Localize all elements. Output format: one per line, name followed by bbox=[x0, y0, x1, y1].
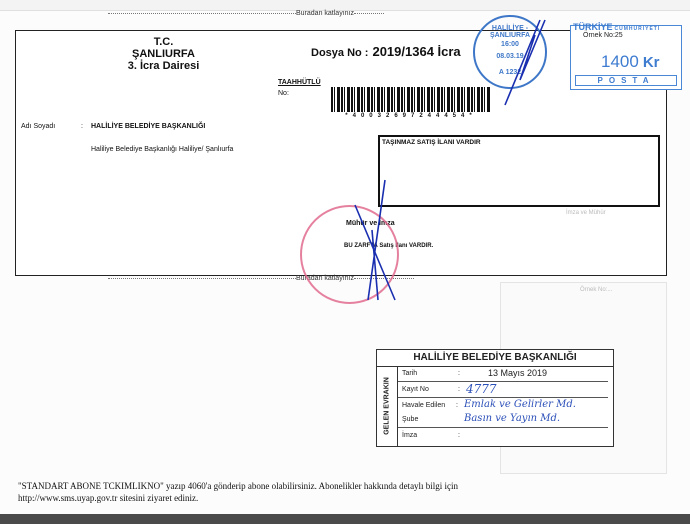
row-label: Tarih bbox=[402, 370, 417, 377]
row-value: 4777 bbox=[466, 382, 497, 396]
scanner-edge bbox=[0, 514, 690, 524]
row-colon: : bbox=[458, 370, 460, 377]
row-label: İmza bbox=[402, 432, 417, 439]
row-label: Havale Edilen bbox=[402, 402, 445, 409]
footer-note: "STANDART ABONE TCKIMLIKNO" yazıp 4060'a… bbox=[18, 480, 678, 504]
row-colon: : bbox=[458, 432, 460, 439]
footer-line-1: "STANDART ABONE TCKIMLIKNO" yazıp 4060'a… bbox=[18, 480, 678, 492]
row-label: Kayıt No bbox=[402, 386, 429, 393]
stamp-row-assigned: Havale Edilen : Emlak ve Gelirler Md. bbox=[398, 398, 608, 413]
incoming-stamp-side: GELEN EVRAKIN bbox=[377, 366, 398, 446]
row-label: Şube bbox=[402, 416, 418, 423]
stamp-row-date: Tarih : 13 Mayıs 2019 bbox=[398, 366, 608, 382]
row-value: Basın ve Yayın Md. bbox=[464, 413, 560, 424]
incoming-stamp-side-label: GELEN EVRAKIN bbox=[384, 377, 391, 435]
stamp-row-record: Kayıt No : 4777 bbox=[398, 382, 608, 398]
row-value: Emlak ve Gelirler Md. bbox=[464, 399, 576, 410]
row-value: 13 Mayıs 2019 bbox=[488, 368, 547, 378]
stamp-row-signature: İmza : bbox=[398, 428, 608, 443]
incoming-stamp-title: HALİLİYE BELEDİYE BAŞKANLIĞI bbox=[377, 350, 613, 367]
row-colon: : bbox=[456, 402, 458, 409]
scanned-document: Buradan katlayınız Örnek No:... T.C. ŞAN… bbox=[0, 0, 690, 524]
stamp-row-branch: Şube Basın ve Yayın Md. bbox=[398, 412, 608, 428]
footer-link: http://www.sms.uyap.gov.tr sitesini ziya… bbox=[18, 492, 678, 504]
row-colon: : bbox=[458, 386, 460, 393]
incoming-document-stamp: HALİLİYE BELEDİYE BAŞKANLIĞI GELEN EVRAK… bbox=[376, 349, 614, 447]
